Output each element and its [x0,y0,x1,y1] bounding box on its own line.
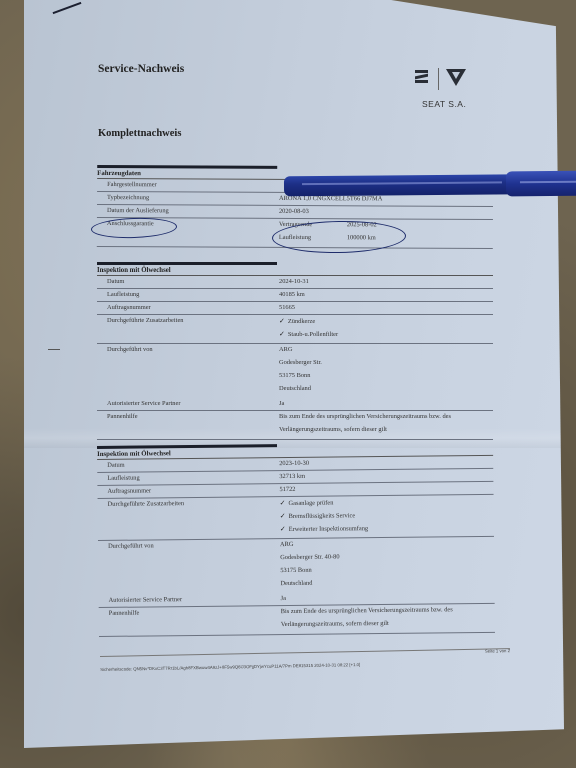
row-value: 2020-08-03 [277,206,493,219]
document-title: Service-Nachweis [98,63,184,75]
check-icon: ✓ [280,525,286,533]
row-label: Fahrgestellnummer [97,179,277,192]
table-row: Durchgeführt von ARG Godesberger Str. 40… [98,537,495,595]
cupra-logo-icon [446,69,466,86]
inspection-section: Inspektion mit Ölwechsel Datum2023-10-30… [97,442,495,637]
table-row: Durchgeführte Zusatzarbeiten ✓Gasanlage … [98,495,494,541]
table-row: Durchgeführte Zusatzarbeiten ✓Zündkerze … [97,315,493,344]
brand-name: SEAT S.A. [422,99,466,109]
table-row: Autorisierter Service PartnerJa [97,398,493,411]
inspection-section: Inspektion mit Ölwechsel Datum2024-10-31… [97,262,493,440]
table-row: Datum2024-10-31 [97,276,493,289]
check-icon: ✓ [279,317,285,325]
brand-logo: SEAT S.A. [412,68,472,113]
pen-cap [506,171,576,197]
margin-mark [48,349,60,350]
row-label: Typbezeichnung [97,192,277,205]
section-heading: Inspektion mit Ölwechsel [97,265,493,276]
row-label: Datum der Auslieferung [97,205,277,218]
table-row: Pannenhilfe Bis zum Ende des ursprünglic… [99,604,495,637]
check-icon: ✓ [279,330,285,338]
blue-pen [284,171,576,200]
document-subtitle: Komplettnachweis [98,128,181,139]
check-icon: ✓ [280,512,286,520]
table-row: Pannenhilfe Bis zum Ende des ursprünglic… [97,411,493,440]
table-row: Laufleistung40185 km [97,289,493,302]
extra-work-item: ✓Erweiterter Inspektionsumfang [280,523,494,538]
extra-work-item: ✓Staub-u.Pollenfilter [279,330,493,343]
pen-body [284,174,514,196]
table-row: Durchgeführt von ARG Godesberger Str. 53… [97,344,493,398]
extra-work-item: ✓Zündkerze [279,317,493,330]
logo-divider [438,68,439,90]
check-icon: ✓ [280,499,286,507]
table-row: Auftragsnummer51665 [97,302,493,315]
page-number: Seite 1 von 2 [485,648,510,653]
seat-logo-icon [415,70,428,86]
